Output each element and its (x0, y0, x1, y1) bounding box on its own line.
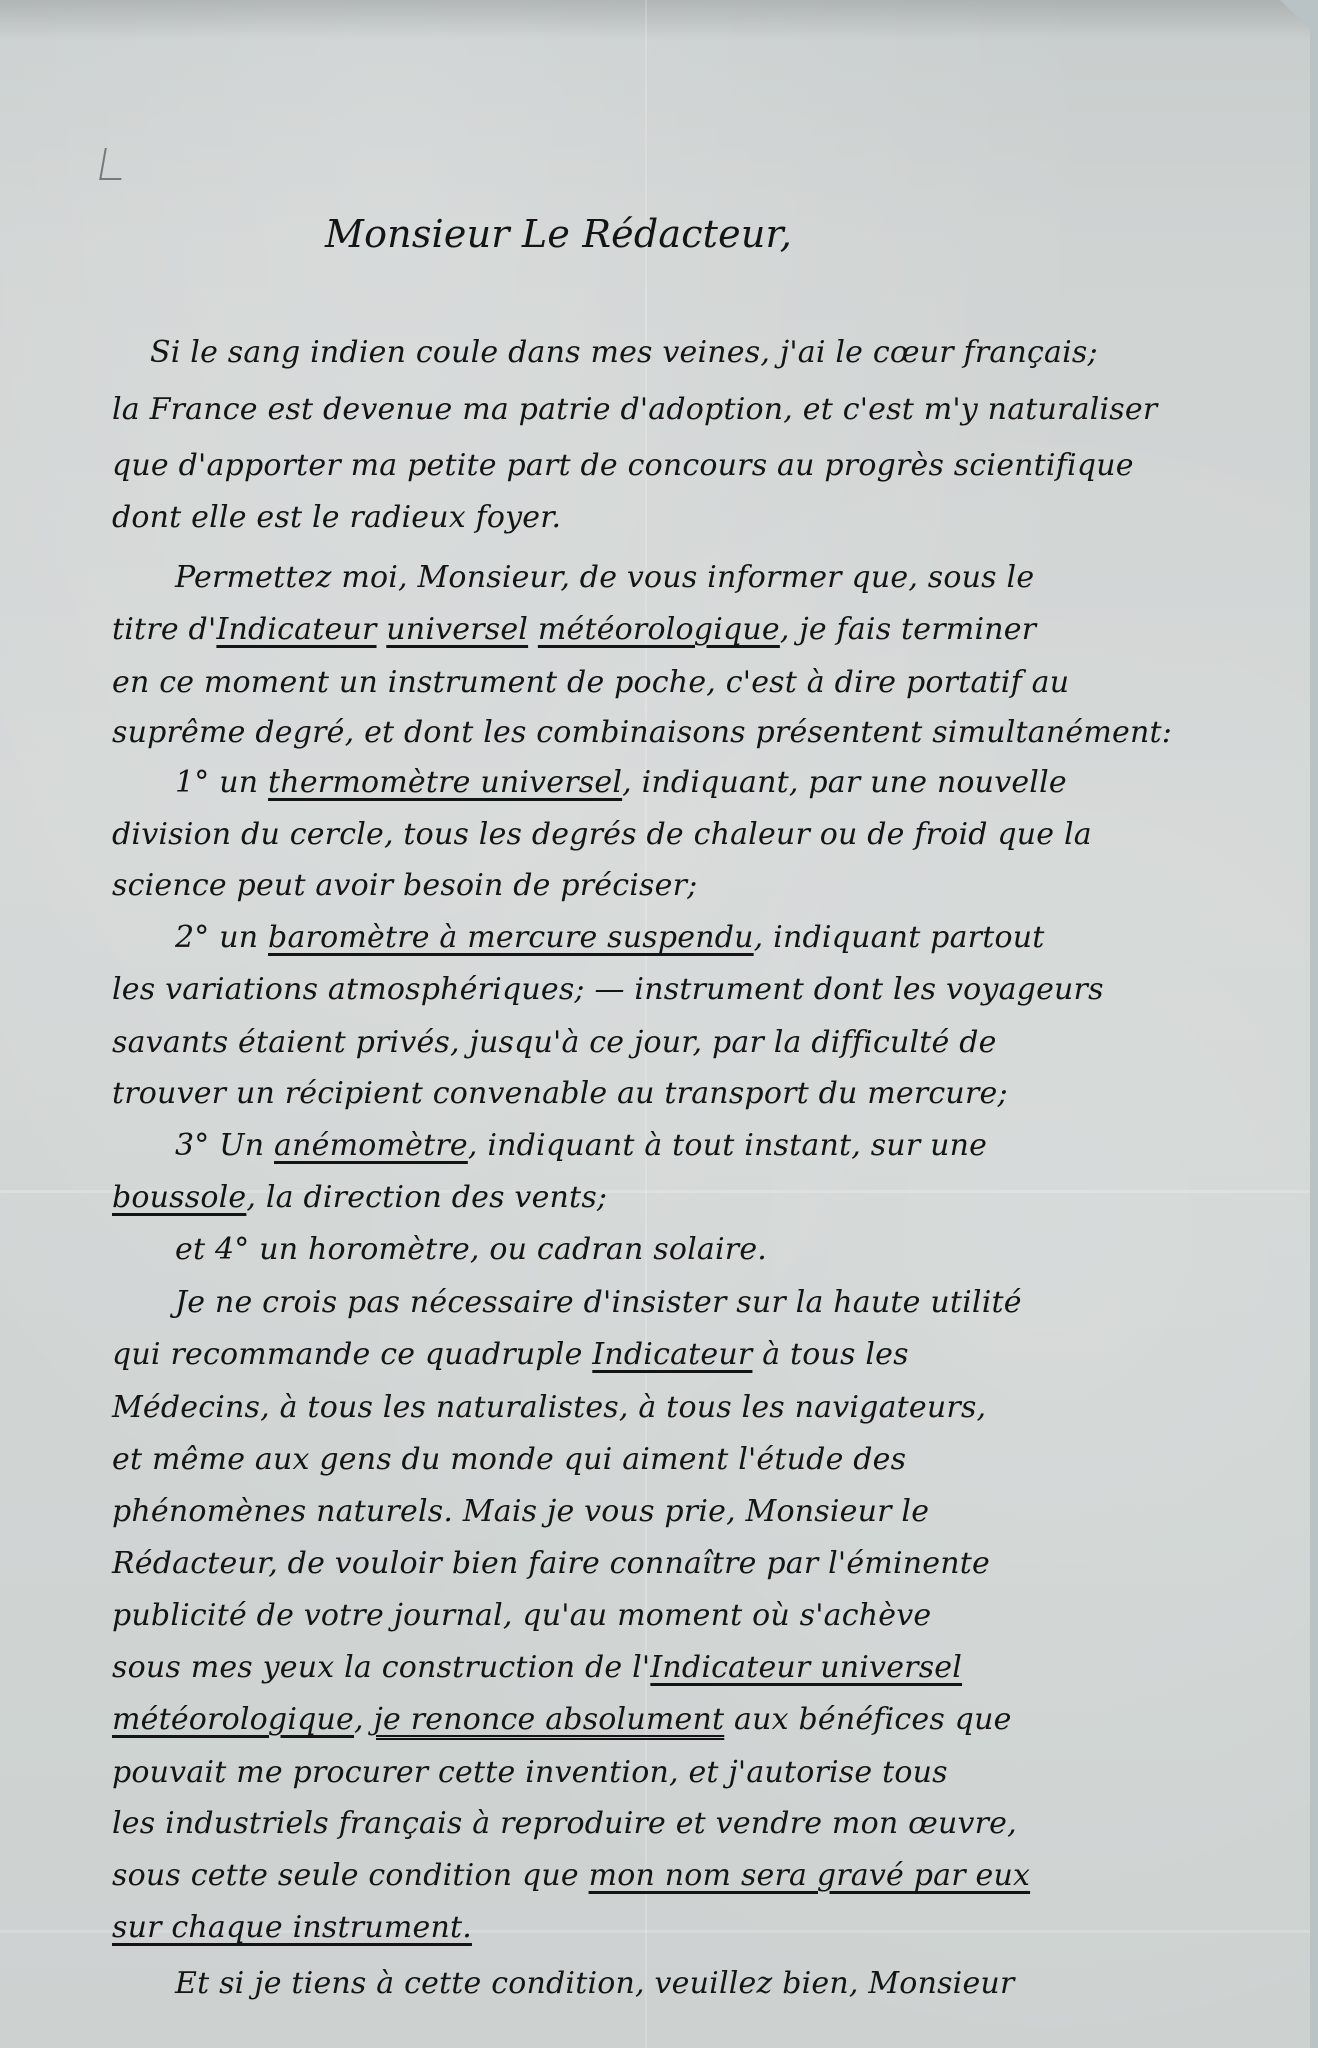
letter-line: les industriels français à reproduire et… (112, 1806, 1017, 1841)
text-span: un horomètre, ou cadran solaire. (259, 1232, 767, 1267)
item-number: 1° (175, 765, 210, 800)
salutation: Monsieur Le Rédacteur, (325, 212, 792, 256)
list-item-line: 2° un baromètre à mercure suspendu, indi… (175, 920, 1045, 955)
double-underlined-phrase: je renonce absolument (374, 1702, 725, 1737)
text-span: à tous les (762, 1337, 909, 1372)
text-span: , indiquant à tout instant, sur (468, 1128, 921, 1163)
letter-line: trouver un récipient convenable au trans… (112, 1076, 1008, 1111)
letter-line: sous mes yeux la construction de l'Indic… (112, 1650, 962, 1685)
inserted-word: une (930, 1128, 987, 1163)
underlined-term: Indicateur universel (650, 1650, 962, 1685)
letter-line: Si le sang indien coule dans mes veines,… (150, 335, 1098, 370)
letter-line: division du cercle, tous les degrés de c… (112, 817, 1092, 852)
text-span: , (354, 1702, 364, 1737)
letter-line: Permettez moi, Monsieur, de vous informe… (175, 560, 1034, 595)
item-number: et 4° (175, 1232, 249, 1267)
text-span: sous mes yeux la construction de l' (112, 1650, 650, 1685)
letter-line: Médecins, à tous les naturalistes, à tou… (112, 1390, 986, 1425)
underlined-term: météorologique (538, 612, 780, 647)
letter-line: la France est devenue ma patrie d'adopti… (112, 392, 1157, 427)
underlined-term: baromètre à mercure suspendu (268, 920, 754, 955)
underlined-term: boussole (112, 1180, 246, 1215)
letter-line: boussole, la direction des vents; (112, 1180, 607, 1215)
letter-line: phénomènes naturels. Mais je vous prie, … (112, 1494, 929, 1529)
text-span: titre d' (112, 612, 216, 647)
letter-line: les variations atmosphériques; — instrum… (112, 972, 1104, 1007)
underlined-term: Indicateur (216, 612, 376, 647)
letter-line: Je ne crois pas nécessaire d'insister su… (175, 1285, 1022, 1320)
letter-line: qui recommande ce quadruple Indicateur à… (112, 1337, 909, 1372)
letter-line: météorologique, je renonce absolument au… (112, 1702, 1012, 1737)
paper-vertical-fold (645, 0, 647, 2048)
letter-line: Rédacteur, de vouloir bien faire connaît… (112, 1546, 990, 1581)
letter-line: sous cette seule condition que mon nom s… (112, 1858, 1030, 1893)
text-span: qui recommande ce quadruple (112, 1337, 583, 1372)
letter-line: titre d'Indicateur universel météorologi… (112, 612, 1036, 647)
text-span: un (219, 765, 258, 800)
text-span: , indiquant, par une nouvelle (622, 765, 1067, 800)
letter-line: savants étaient privés, jusqu'à ce jour,… (112, 1025, 997, 1060)
underlined-term: Indicateur (592, 1337, 752, 1372)
underlined-term: météorologique (112, 1702, 354, 1737)
letter-line: dont elle est le radieux foyer. (112, 500, 561, 535)
underlined-term: thermomètre universel (268, 765, 622, 800)
underlined-phrase: mon nom sera gravé par eux (589, 1858, 1030, 1893)
letter-line: science peut avoir besoin de préciser; (112, 868, 697, 903)
letter-line: sur chaque instrument. (112, 1910, 472, 1945)
underlined-phrase: sur chaque instrument. (112, 1910, 472, 1945)
text-span: , je fais terminer (780, 612, 1036, 647)
text-span: Un (219, 1128, 264, 1163)
text-span: sous cette seule condition que (112, 1858, 579, 1893)
underlined-term: anémomètre (274, 1128, 468, 1163)
text-span: , la direction des vents; (246, 1180, 607, 1215)
letter-page: Monsieur Le Rédacteur, Si le sang indien… (0, 0, 1310, 2048)
letter-line: que d'apporter ma petite part de concour… (112, 448, 1134, 483)
letter-line: publicité de votre journal, qu'au moment… (112, 1598, 931, 1633)
letter-line: pouvait me procurer cette invention, et … (112, 1755, 948, 1790)
letter-line: suprême degré, et dont les combinaisons … (112, 715, 1172, 750)
underlined-term: universel (386, 612, 528, 647)
text-span: un (219, 920, 258, 955)
item-number: 2° (175, 920, 210, 955)
list-item-line: et 4° un horomètre, ou cadran solaire. (175, 1232, 767, 1267)
list-item-line: 1° un thermomètre universel, indiquant, … (175, 765, 1067, 800)
letter-line: Et si je tiens à cette condition, veuill… (175, 1966, 1015, 2001)
paper-top-crease (0, 0, 1310, 40)
letter-line: et même aux gens du monde qui aiment l'é… (112, 1442, 906, 1477)
list-item-line: 3° Un anémomètre, indiquant à tout insta… (175, 1128, 987, 1163)
text-span: aux bénéfices que (734, 1702, 1012, 1737)
text-span: , indiquant partout (754, 920, 1045, 955)
letter-line: en ce moment un instrument de poche, c'e… (112, 665, 1069, 700)
margin-ink-mark (99, 148, 127, 180)
item-number: 3° (175, 1128, 210, 1163)
